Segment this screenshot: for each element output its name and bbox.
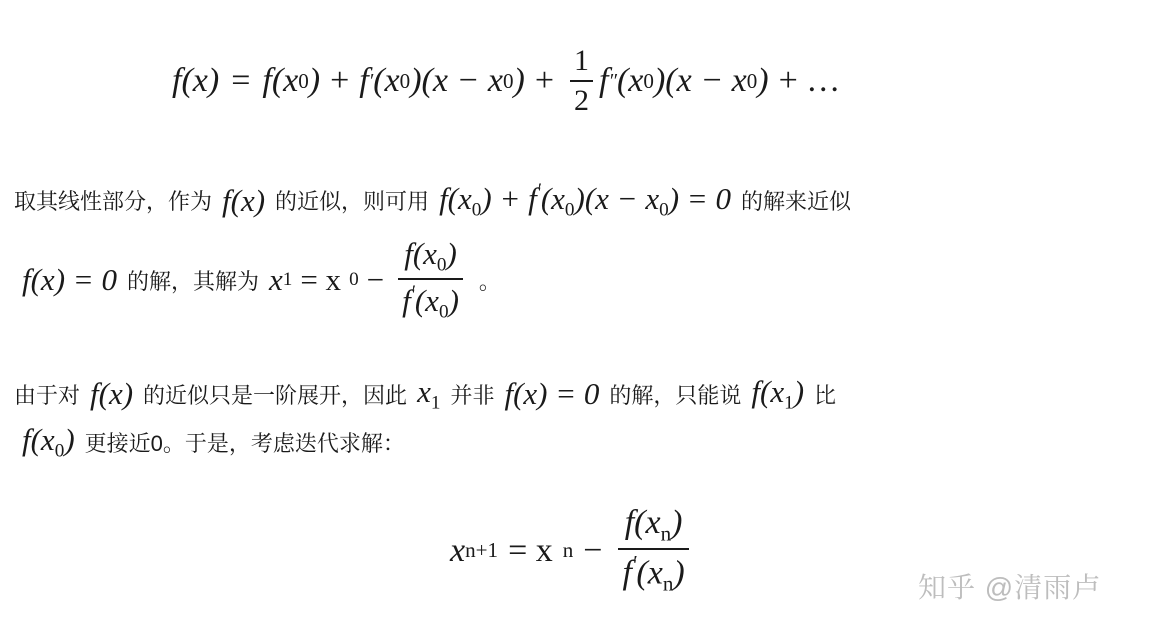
eq-sub: 0 xyxy=(747,69,758,94)
eq-double-prime: ″ xyxy=(608,70,617,93)
math-sub: 1 xyxy=(283,269,293,291)
zhihu-watermark: 知乎 @清雨卢 xyxy=(918,566,1101,606)
math-part: ) = 0 xyxy=(669,181,731,216)
math-sub: 0 xyxy=(659,200,669,221)
eq-term: ) xyxy=(309,62,320,100)
text: 比 xyxy=(814,379,836,410)
eq-term: (x xyxy=(617,62,643,100)
eq-term: f(x xyxy=(262,62,298,100)
inline-math-linearization: f(x0) + f′(x0)(x − x0) = 0 xyxy=(439,180,731,222)
paragraph1-line2: f(x) = 0 的解，其解为 x1 = x0 − f(x0) f′(x0) 。 xyxy=(12,232,501,328)
math-part: f xyxy=(622,555,631,592)
eq-lhs: f(x) xyxy=(172,62,219,100)
eq-term: ) xyxy=(757,62,768,100)
eq-equals: = xyxy=(231,62,250,100)
taylor-expansion-equation: f(x) = f(x0) + f′ (x0)(x − x0) + 1 2 f″ … xyxy=(172,44,840,118)
inline-math: f(x) = 0 xyxy=(22,262,117,298)
math-part: ) xyxy=(447,236,457,271)
text: 的解，其解为 xyxy=(127,265,259,296)
paragraph2-line2: f(x0) 更接近0。于是，考虑迭代求解： xyxy=(12,422,405,463)
math-part: x xyxy=(417,374,431,409)
math-sub: 0 xyxy=(439,302,449,323)
eq-term: ) xyxy=(514,62,525,100)
inline-math-first-iterate: x1 = x0 − f(x0) f′(x0) xyxy=(269,236,469,324)
eq-term: f xyxy=(359,62,368,100)
text: 并非 xyxy=(450,379,494,410)
fraction-denominator: f′(x0) xyxy=(398,278,463,324)
math-sub: 0 xyxy=(349,269,359,291)
math-sub: 0 xyxy=(437,254,447,275)
math-part: (x xyxy=(415,284,439,319)
text: 的近似只是一阶展开，因此 xyxy=(143,379,407,410)
text-period: 。 xyxy=(479,265,501,296)
eq-plus: + xyxy=(330,62,349,100)
eq-term: (x xyxy=(373,62,399,100)
fraction-denominator: 2 xyxy=(570,80,593,118)
paragraph2-line1: 由于对 f(x) 的近似只是一阶展开，因此 x1 并非 f(x) = 0 的解，… xyxy=(14,374,836,415)
math-part: f(x xyxy=(751,374,784,409)
fraction-newton: f(xn) f′(xn) xyxy=(618,504,688,597)
math-part: f(x xyxy=(625,504,661,541)
eq-sub: n+1 xyxy=(465,538,498,563)
math-sub: n xyxy=(661,521,672,545)
math-part: (x xyxy=(541,181,565,216)
math-part: f(x xyxy=(22,422,55,457)
math-part: )(x − x xyxy=(575,181,660,216)
inline-math: f(x) xyxy=(90,376,133,412)
math-minus: − xyxy=(367,262,384,298)
eq-lhs: x xyxy=(450,532,465,570)
text: 取其线性部分，作为 xyxy=(14,185,212,216)
eq-minus: − xyxy=(583,532,602,570)
inline-math: f(x1) xyxy=(751,374,804,415)
math-sub: 1 xyxy=(784,393,794,414)
eq-term: )(x − x xyxy=(410,62,503,100)
eq-sub: n xyxy=(563,538,574,563)
eq-ellipsis: + … xyxy=(779,62,841,100)
math-part: ) xyxy=(794,374,804,409)
eq-term: )(x − x xyxy=(654,62,747,100)
eq-sub: 0 xyxy=(503,69,514,94)
fraction-numerator: 1 xyxy=(570,44,593,80)
text: 由于对 xyxy=(14,379,80,410)
eq-sub: 0 xyxy=(400,69,411,94)
fraction-numerator: f(x0) xyxy=(400,236,461,279)
math-sub: 0 xyxy=(565,200,575,221)
math-sub: 0 xyxy=(55,441,65,462)
math-part: f xyxy=(402,284,411,319)
math-part: ) xyxy=(449,284,459,319)
math-sub: 1 xyxy=(431,393,441,414)
math-part: ) xyxy=(673,555,684,592)
math-part: ) xyxy=(671,504,682,541)
text: 的解，只能说 xyxy=(609,379,741,410)
math-part: f(x xyxy=(404,236,437,271)
fraction-numerator: f(xn) xyxy=(621,504,687,548)
inline-math: f(x) xyxy=(222,183,265,219)
math-part: x xyxy=(269,262,283,298)
text: 的解来近似 xyxy=(741,185,851,216)
fraction-one-half: 1 2 xyxy=(570,44,593,118)
newton-iteration-equation: xn+1 = xn − f(xn) f′(xn) xyxy=(450,504,695,597)
eq-term: f xyxy=(599,62,608,100)
math-sub: n xyxy=(663,572,674,596)
math-part: ) xyxy=(64,422,74,457)
inline-math: f(x0) xyxy=(22,422,75,463)
text: 的近似，则可用 xyxy=(275,185,429,216)
math-part: f(x xyxy=(439,181,472,216)
eq-sub: 0 xyxy=(643,69,654,94)
eq-sub: 0 xyxy=(298,69,309,94)
inline-math: f(x) = 0 xyxy=(504,376,599,412)
math-part: (x xyxy=(636,555,662,592)
inline-math: x1 xyxy=(417,374,440,415)
fraction-denominator: f′(xn) xyxy=(618,548,688,597)
math-sub: 0 xyxy=(472,200,482,221)
eq-plus: + xyxy=(535,62,554,100)
fraction-newton-step: f(x0) f′(x0) xyxy=(398,236,463,324)
text: 更接近0。于是，考虑迭代求解： xyxy=(85,427,405,458)
math-part: = x xyxy=(300,262,341,298)
paragraph1-line1: 取其线性部分，作为 f(x) 的近似，则可用 f(x0) + f′(x0)(x … xyxy=(14,180,851,222)
math-part: ) + f xyxy=(481,181,536,216)
eq-equals: = x xyxy=(508,532,553,570)
